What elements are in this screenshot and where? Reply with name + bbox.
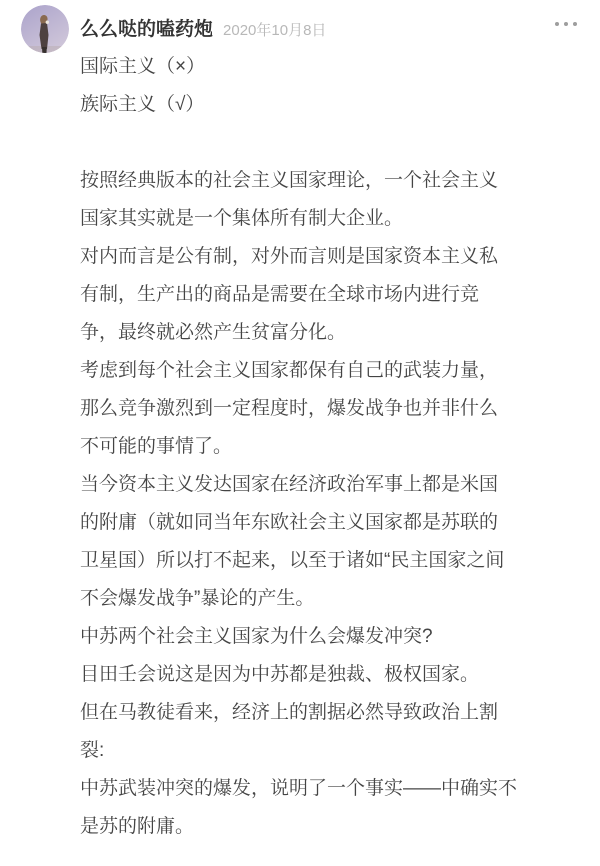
post-text-line: 当今资本主义发达国家在经济政治军事上都是米国 [80, 466, 585, 504]
post-text-line: 考虑到每个社会主义国家都保有自己的武装力量， [80, 352, 585, 390]
username[interactable]: 么么哒的嗑药炮 [80, 14, 213, 41]
post-text-line: 按照经典版本的社会主义国家理论，一个社会主义 [80, 162, 585, 200]
post-text-line: 不会爆发战争”暴论的产生。 [80, 580, 585, 618]
post-text-line: 对内而言是公有制，对外而言则是国家资本主义私 [80, 238, 585, 276]
post-date: 2020年10月8日 [223, 19, 326, 40]
avatar[interactable] [21, 5, 69, 53]
post-header: 么么哒的嗑药炮 2020年10月8日 [80, 14, 326, 41]
post-text-line: 目田壬会说这是因为中苏都是独裁、极权国家。 [80, 656, 585, 694]
post-text-line: 但在马教徒看来，经济上的割据必然导致政治上割 [80, 694, 585, 732]
post-text-line: 是苏的附庸。 [80, 808, 585, 846]
post-text-line: 中苏两个社会主义国家为什么会爆发冲突? [80, 618, 585, 656]
anime-character-avatar-icon [21, 5, 69, 53]
post-text-line: 不可能的事情了。 [80, 428, 585, 466]
post-text-line: 国际主义（×） [80, 48, 585, 86]
post-text-line: 卫星国）所以打不起来，以至于诸如“民主国家之间 [80, 542, 585, 580]
ellipsis-dot-icon [555, 22, 559, 26]
post-text-line [80, 124, 585, 162]
post-text-line: 中苏武装冲突的爆发，说明了一个事实——中确实不 [80, 770, 585, 808]
post-text-line: 有制，生产出的商品是需要在全球市场内进行竞 [80, 276, 585, 314]
post-text-line: 的附庸（就如同当年东欧社会主义国家都是苏联的 [80, 504, 585, 542]
ellipsis-dot-icon [564, 22, 568, 26]
post-text-line: 那么竞争激烈到一定程度时，爆发战争也并非什么 [80, 390, 585, 428]
post-text-line: 争，最终就必然产生贫富分化。 [80, 314, 585, 352]
post-text-line: 裂: [80, 732, 585, 770]
ellipsis-dot-icon [573, 22, 577, 26]
more-options-button[interactable] [553, 18, 579, 30]
post-content: 国际主义（×） 族际主义（√） 按照经典版本的社会主义国家理论，一个社会主义 国… [80, 48, 585, 846]
post-card: 么么哒的嗑药炮 2020年10月8日 国际主义（×） 族际主义（√） 按照经典版… [0, 0, 600, 866]
post-text-line: 国家其实就是一个集体所有制大企业。 [80, 200, 585, 238]
post-text-line: 族际主义（√） [80, 86, 585, 124]
